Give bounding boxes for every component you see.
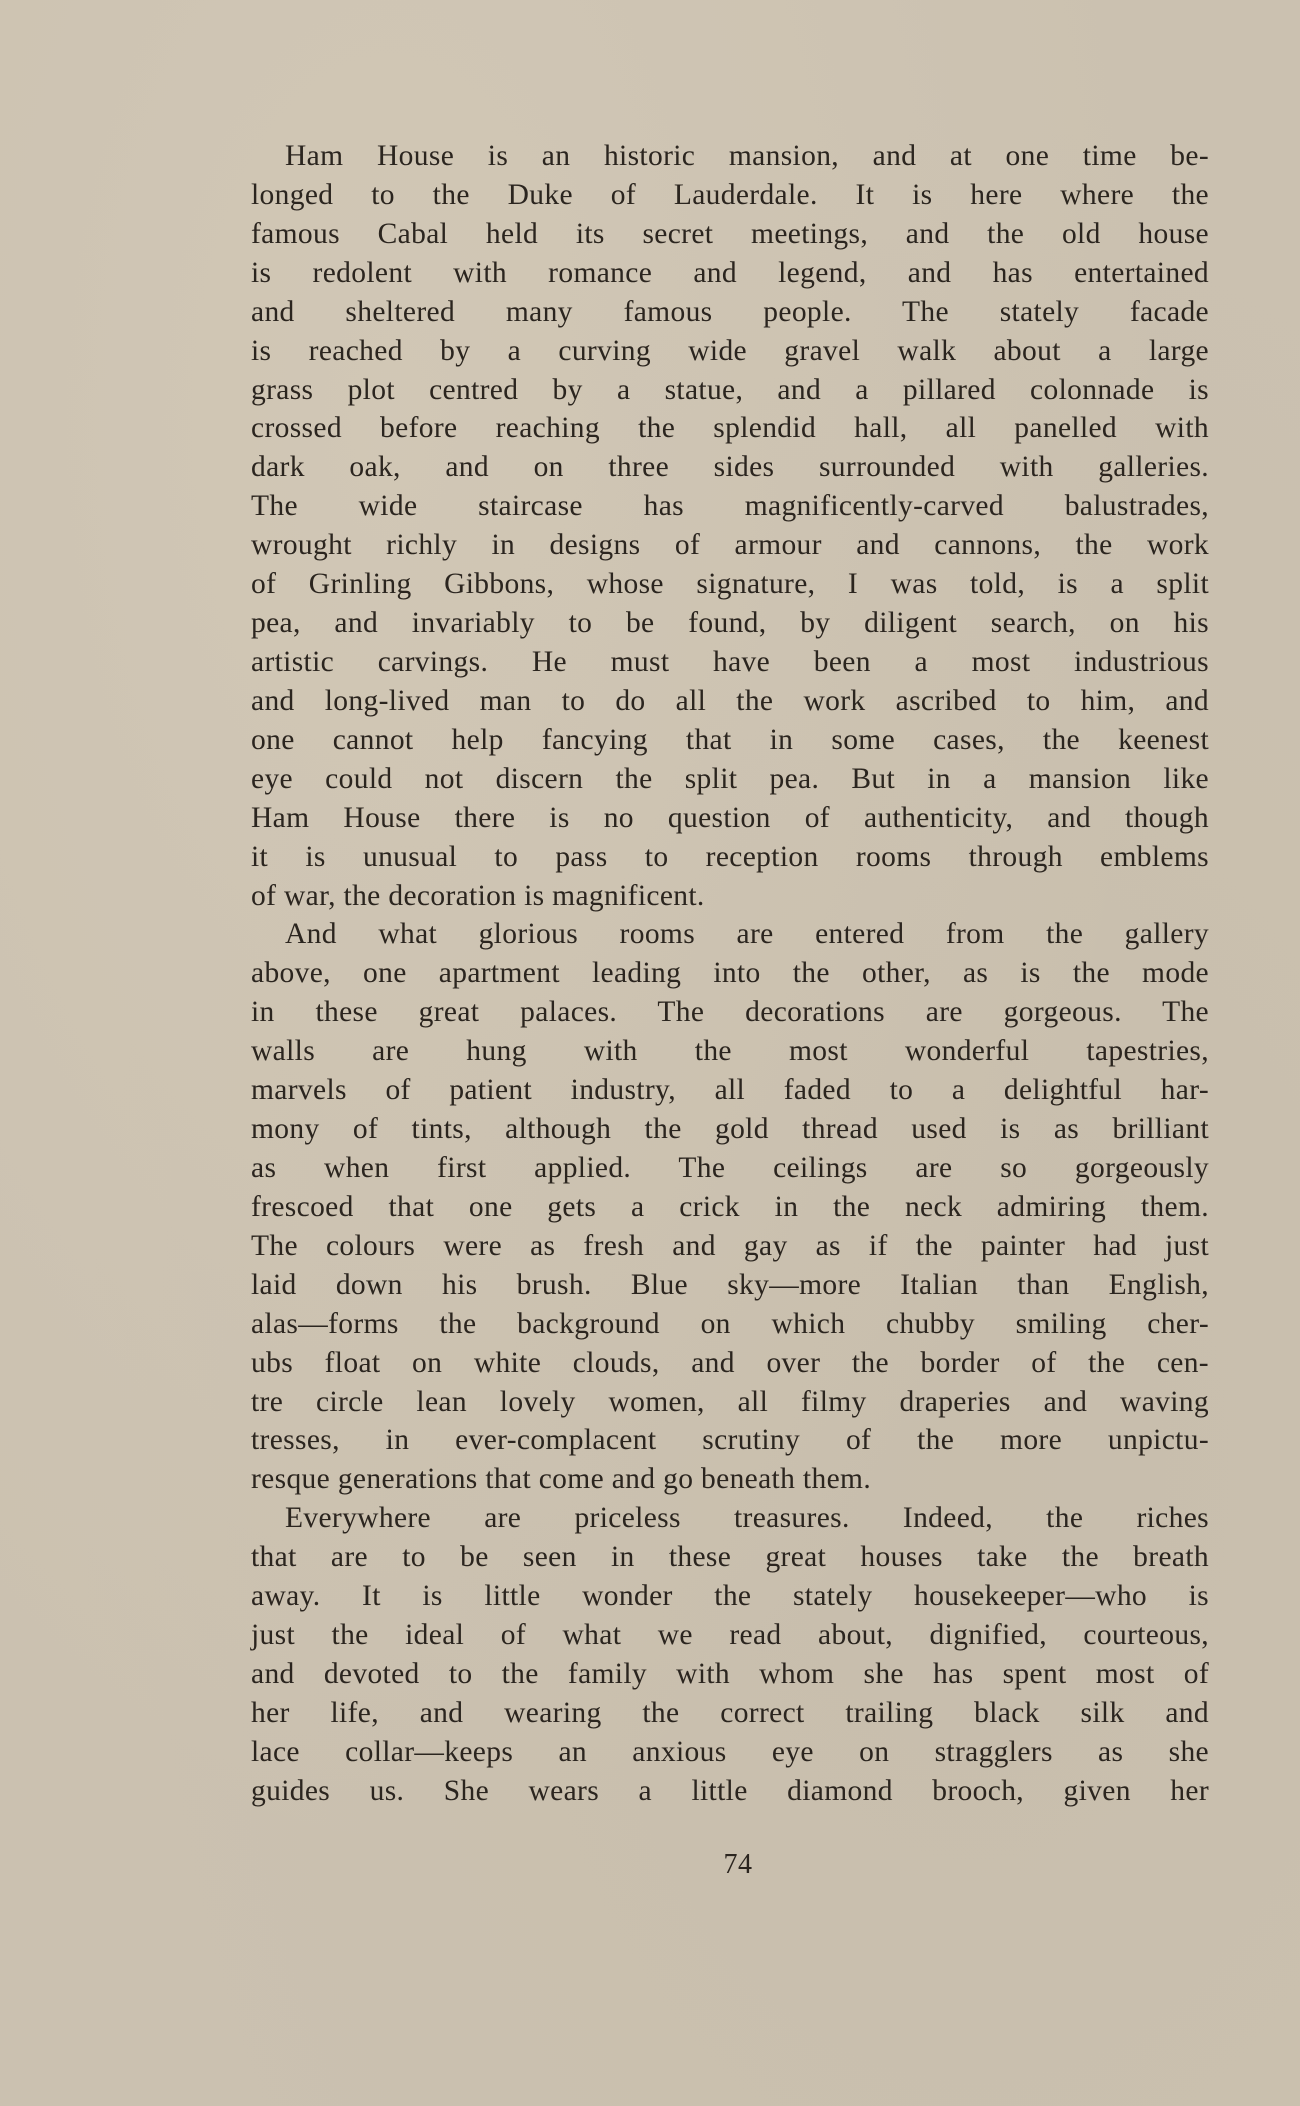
- text-line: The colours were as fresh and gay as if …: [251, 1227, 1209, 1266]
- text-line: alas—forms the background on which chubb…: [251, 1305, 1209, 1344]
- text-line: pea, and invariably to be found, by dili…: [251, 604, 1209, 643]
- paragraph-3: Everywhere are priceless treasures. Inde…: [251, 1499, 1209, 1810]
- text-line: And what glorious rooms are entered from…: [251, 915, 1209, 954]
- text-line: and devoted to the family with whom she …: [251, 1655, 1209, 1694]
- text-line: of war, the decoration is magnificent.: [251, 877, 1209, 916]
- text-line: is reached by a curving wide gravel walk…: [251, 332, 1209, 371]
- text-line: eye could not discern the split pea. But…: [251, 760, 1209, 799]
- text-line: wrought richly in designs of armour and …: [251, 526, 1209, 565]
- text-line: dark oak, and on three sides surrounded …: [251, 448, 1209, 487]
- text-line: guides us. She wears a little diamond br…: [251, 1772, 1209, 1811]
- text-line: tresses, in ever-complacent scrutiny of …: [251, 1421, 1209, 1460]
- text-line: Ham House is an historic mansion, and at…: [251, 137, 1209, 176]
- text-line: one cannot help fancying that in some ca…: [251, 721, 1209, 760]
- paragraph-2: And what glorious rooms are entered from…: [251, 915, 1209, 1499]
- text-line: just the ideal of what we read about, di…: [251, 1616, 1209, 1655]
- text-line: in these great palaces. The decorations …: [251, 993, 1209, 1032]
- text-line: laid down his brush. Blue sky—more Itali…: [251, 1266, 1209, 1305]
- text-line: ubs float on white clouds, and over the …: [251, 1344, 1209, 1383]
- text-line: away. It is little wonder the stately ho…: [251, 1577, 1209, 1616]
- text-line: marvels of patient industry, all faded t…: [251, 1071, 1209, 1110]
- text-line: tre circle lean lovely women, all filmy …: [251, 1383, 1209, 1422]
- body-text: Ham House is an historic mansion, and at…: [251, 137, 1209, 1811]
- text-line: lace collar—keeps an anxious eye on stra…: [251, 1733, 1209, 1772]
- text-line: and long-lived man to do all the work as…: [251, 682, 1209, 721]
- text-line: The wide staircase has magnificently-car…: [251, 487, 1209, 526]
- text-line: Everywhere are priceless treasures. Inde…: [251, 1499, 1209, 1538]
- text-line: Ham House there is no question of authen…: [251, 799, 1209, 838]
- text-line: of Grinling Gibbons, whose signature, I …: [251, 565, 1209, 604]
- book-page: Ham House is an historic mansion, and at…: [0, 0, 1300, 2106]
- page-number: 74: [0, 1849, 1300, 1881]
- text-line: above, one apartment leading into the ot…: [251, 954, 1209, 993]
- text-line: longed to the Duke of Lauderdale. It is …: [251, 176, 1209, 215]
- text-line: frescoed that one gets a crick in the ne…: [251, 1188, 1209, 1227]
- text-line: resque generations that come and go bene…: [251, 1460, 1209, 1499]
- text-line: her life, and wearing the correct traili…: [251, 1694, 1209, 1733]
- text-line: grass plot centred by a statue, and a pi…: [251, 371, 1209, 410]
- text-line: and sheltered many famous people. The st…: [251, 293, 1209, 332]
- text-line: walls are hung with the most wonderful t…: [251, 1032, 1209, 1071]
- text-line: famous Cabal held its secret meetings, a…: [251, 215, 1209, 254]
- text-line: mony of tints, although the gold thread …: [251, 1110, 1209, 1149]
- text-line: artistic carvings. He must have been a m…: [251, 643, 1209, 682]
- text-line: it is unusual to pass to reception rooms…: [251, 838, 1209, 877]
- text-line: is redolent with romance and legend, and…: [251, 254, 1209, 293]
- text-line: crossed before reaching the splendid hal…: [251, 409, 1209, 448]
- text-line: that are to be seen in these great house…: [251, 1538, 1209, 1577]
- text-line: as when first applied. The ceilings are …: [251, 1149, 1209, 1188]
- paragraph-1: Ham House is an historic mansion, and at…: [251, 137, 1209, 915]
